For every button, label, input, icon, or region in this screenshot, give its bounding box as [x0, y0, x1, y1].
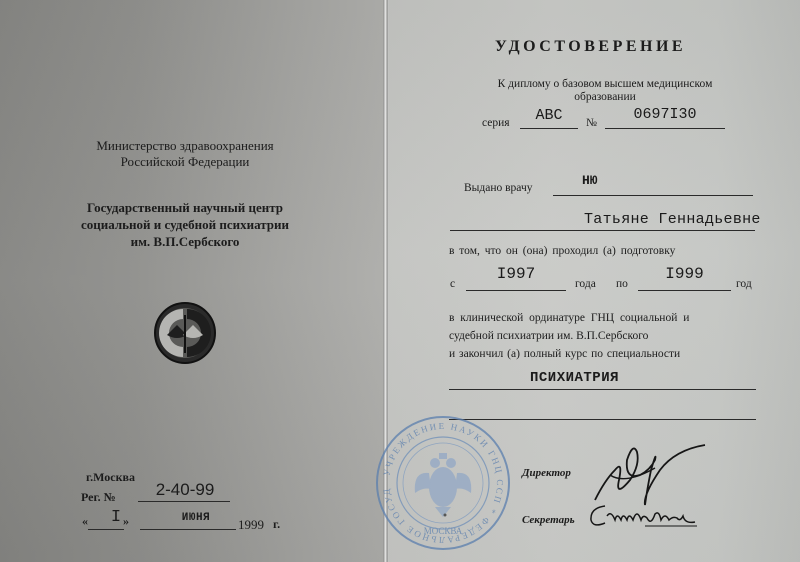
secretary-label: Секретарь: [522, 514, 575, 526]
training-end-year: I999: [638, 265, 731, 283]
from-label: с: [450, 278, 455, 290]
program-line-1: в клинической ординатуре ГНЦ социальной …: [449, 309, 689, 327]
surname-underline: [553, 195, 753, 196]
training-statement: в том, что он (она) проходил (а) подгото…: [449, 245, 675, 257]
number-label: №: [586, 117, 597, 129]
registration-number: 2-40-99: [140, 480, 230, 500]
certificate-title: УДОСТОВЕРЕНИЕ: [495, 38, 686, 56]
issue-city: г.Москва: [86, 470, 135, 485]
issue-year: 1999: [238, 517, 264, 533]
registration-label: Рег. №: [81, 490, 116, 505]
to-suffix: год: [736, 278, 752, 290]
ministry-line-1: Министерство здравоохранения: [60, 138, 310, 154]
month-underline: [140, 529, 236, 530]
program-line-2: судебной психиатрии им. В.П.Сербского: [449, 327, 689, 345]
specialty-value: ПСИХИАТРИЯ: [530, 370, 619, 386]
series-value: АВС: [520, 107, 578, 124]
institution-name: Государственный научный центр социальной…: [55, 199, 315, 250]
institution-line-1: Государственный научный центр: [55, 199, 315, 216]
training-start-year: I997: [466, 265, 566, 283]
from-suffix: года: [575, 278, 596, 290]
director-label: Директор: [522, 467, 571, 479]
certificate-subtitle: К диплому о базовом высшем медицинском о…: [475, 78, 735, 104]
series-underline: [520, 128, 578, 129]
start-year-underline: [466, 290, 566, 291]
subtitle-line-2: образовании: [475, 91, 735, 104]
serbsky-center-emblem-icon: [153, 301, 217, 365]
to-label: по: [616, 278, 628, 290]
day-underline: [88, 529, 124, 530]
ministry-name: Министерство здравоохранения Российской …: [60, 138, 310, 170]
date-open-quote: «: [82, 514, 88, 529]
specialty-underline: [449, 389, 756, 390]
svg-text:МОСКВА: МОСКВА: [424, 526, 463, 536]
end-year-underline: [638, 290, 731, 291]
issue-year-suffix: г.: [273, 517, 280, 532]
official-round-seal-icon: УЧРЕЖДЕНИЕ НАУКИ ГНЦ ССП * ФЕДЕРАЛЬНОЕ Г…: [373, 413, 513, 553]
secretary-signature-icon: [585, 498, 700, 533]
registration-underline: [138, 501, 230, 502]
ministry-line-2: Российской Федерации: [60, 154, 310, 170]
program-line-3: и закончил (а) полный курс по специально…: [449, 345, 689, 363]
program-statement: в клинической ординатуре ГНЦ социальной …: [449, 309, 689, 363]
subtitle-line-1: К диплому о базовом высшем медицинском: [475, 78, 735, 91]
left-page: [0, 0, 387, 562]
date-close-quote: »: [123, 514, 129, 529]
issued-label: Выдано врачу: [464, 182, 533, 194]
recipient-given-names: Татьяне Геннадьевне: [584, 211, 761, 228]
institution-line-2: социальной и судебной психиатрии: [55, 216, 315, 233]
recipient-surname: НЮ: [582, 173, 598, 188]
certificate-number: 0697I30: [605, 106, 725, 123]
institution-line-3: им. В.П.Сербского: [55, 233, 315, 250]
number-underline: [605, 128, 725, 129]
issue-month: ИЮНЯ: [146, 512, 246, 524]
series-label: серия: [482, 117, 510, 129]
given-names-underline: [450, 230, 755, 231]
